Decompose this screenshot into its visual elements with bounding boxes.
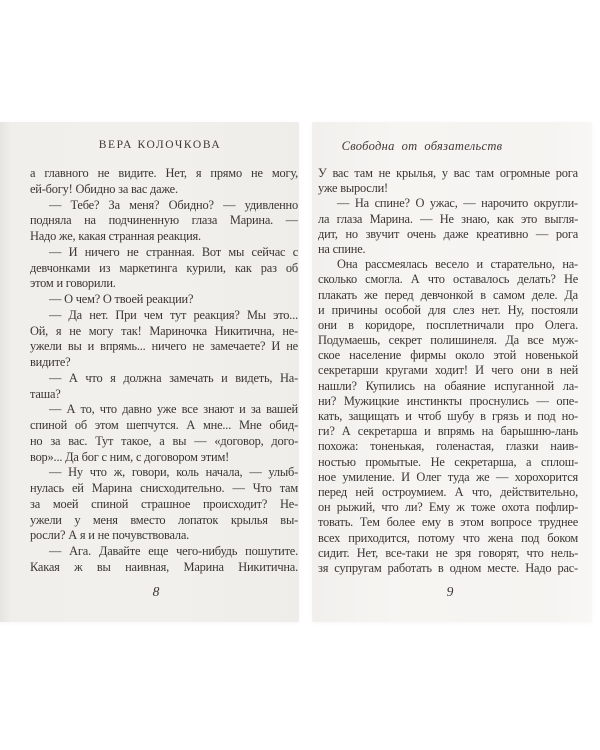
text-line: росли? А я и не почувствовала.: [30, 528, 298, 544]
text-line: — Тебе? За меня? Обидно? — удивленно: [30, 198, 298, 214]
text-line: сколько смогла. А что оставалось делать?…: [318, 272, 578, 287]
text-line: всех приходится, потому что жена под бок…: [318, 531, 578, 546]
text-line: сидит. Нет, все-таки не зря говорят, что…: [318, 546, 578, 561]
right-page-number: 9: [320, 584, 580, 600]
text-line: Подумаешь, секрет полишинеля. Да все муж…: [318, 333, 578, 348]
text-line: нулась ей Марина снисходительно. — Что т…: [30, 481, 298, 497]
text-line: и причины особой для слез нет. Ну, посто…: [318, 303, 578, 318]
text-line: Надо же, какая странная реакция.: [30, 229, 298, 245]
text-line: он рыжий, что ли? Ему ж тоже охота пофли…: [318, 500, 578, 515]
text-line: товать. Тем более ему в этом вопросе тру…: [318, 515, 578, 530]
text-line: ей-богу! Обидно за вас даже.: [30, 182, 298, 198]
text-line: девчонками из маркетинга курили, как раз…: [30, 261, 298, 277]
right-page-body-text: У вас там не крылья, у вас там огромные …: [318, 166, 578, 576]
text-line: ное умиление. И Олег туда же — хорохорит…: [318, 470, 578, 485]
text-line: ужели у меня вместо лопаток крылья вы-: [30, 513, 298, 529]
text-line: ужели вы и впрямь... ничего не замечаете…: [30, 339, 298, 355]
text-line: а главного не видите. Нет, я прямо не мо…: [30, 166, 298, 182]
text-line: за моей спиной страшное происходит? Не-: [30, 497, 298, 513]
text-line: но за вас. Тут такое, а вы — «договор, д…: [30, 434, 298, 450]
text-line: — На спине? О ужас, — нарочито округли-: [318, 196, 578, 211]
text-line: ла глаза Марина. — Не знаю, как это выгл…: [318, 212, 578, 227]
text-line: похожа: тоненькая, голенастая, глазки на…: [318, 439, 578, 454]
text-line: зя супругам работать в одном месте. Надо…: [318, 561, 578, 576]
text-line: спиной об этом шепчутся. А мне... Мне об…: [30, 418, 298, 434]
text-line: — А то, что давно уже все знают и за ваш…: [30, 402, 298, 418]
text-line: дит, но звучит очень даже креативно — ро…: [318, 227, 578, 242]
text-line: секретарши кругами ходит! И чего они в н…: [318, 363, 578, 378]
text-line: — Ну что ж, говори, коль начала, — улыб-: [30, 465, 298, 481]
text-line: видите?: [30, 355, 298, 371]
left-page: ВЕРА КОЛОЧКОВА а главного не видите. Нет…: [0, 122, 299, 622]
book-spread-photo: ВЕРА КОЛОЧКОВА а главного не видите. Нет…: [0, 122, 600, 622]
left-page-body-text: а главного не видите. Нет, я прямо не мо…: [30, 166, 298, 576]
text-line: подняла на подчиненную глаза Марина. —: [30, 213, 298, 229]
text-line: — Ага. Давайте еще чего-нибудь пошутите.: [30, 544, 298, 560]
left-page-running-head: ВЕРА КОЛОЧКОВА: [26, 139, 294, 151]
text-line: они в коридоре, посплетничали про Олега.: [318, 318, 578, 333]
text-line: таша?: [30, 387, 298, 403]
text-line: на спине.: [318, 242, 578, 257]
text-line: вор»... Да бог с ним, с договором этим!: [30, 450, 298, 466]
text-line: нашли? Купились на обаяние испуганной ла…: [318, 379, 578, 394]
text-line: ностью промытые. Не секретарша, а сплош-: [318, 455, 578, 470]
text-line: этом и говорили.: [30, 276, 298, 292]
text-line: — О чем? О твоей реакции?: [30, 292, 298, 308]
text-line: — И ничего не странная. Вот мы сейчас с: [30, 245, 298, 261]
text-line: ни? Мужицкие инстинкты проснулись — опе-: [318, 394, 578, 409]
text-line: уже выросли!: [318, 181, 578, 196]
text-line: У вас там не крылья, у вас там огромные …: [318, 166, 578, 181]
text-line: Какая ж вы наивная, Марина Никитична.: [30, 560, 298, 576]
right-page: Свободна от обязательств У вас там не кр…: [312, 122, 592, 622]
text-line: — А что я должна замечать и видеть, На-: [30, 371, 298, 387]
text-line: перед ней остроумием. А что, действитель…: [318, 485, 578, 500]
text-line: кать, защищать и чтоб шубу в грязь и под…: [318, 409, 578, 424]
left-page-number: 8: [22, 584, 290, 600]
text-line: Ой, я не могу так! Мариночка Никитична, …: [30, 324, 298, 340]
text-line: — Да нет. При чем тут реакция? Мы это...: [30, 308, 298, 324]
text-line: ское население фирмы около этой новенько…: [318, 348, 578, 363]
text-line: Она рассмеялась весело и старательно, на…: [318, 257, 578, 272]
text-line: плакать же перед девчонкой в самом деле.…: [318, 288, 578, 303]
right-page-running-head: Свободна от обязательств: [292, 139, 552, 154]
text-line: ги? А секретарша и впрямь на барышню-лан…: [318, 424, 578, 439]
